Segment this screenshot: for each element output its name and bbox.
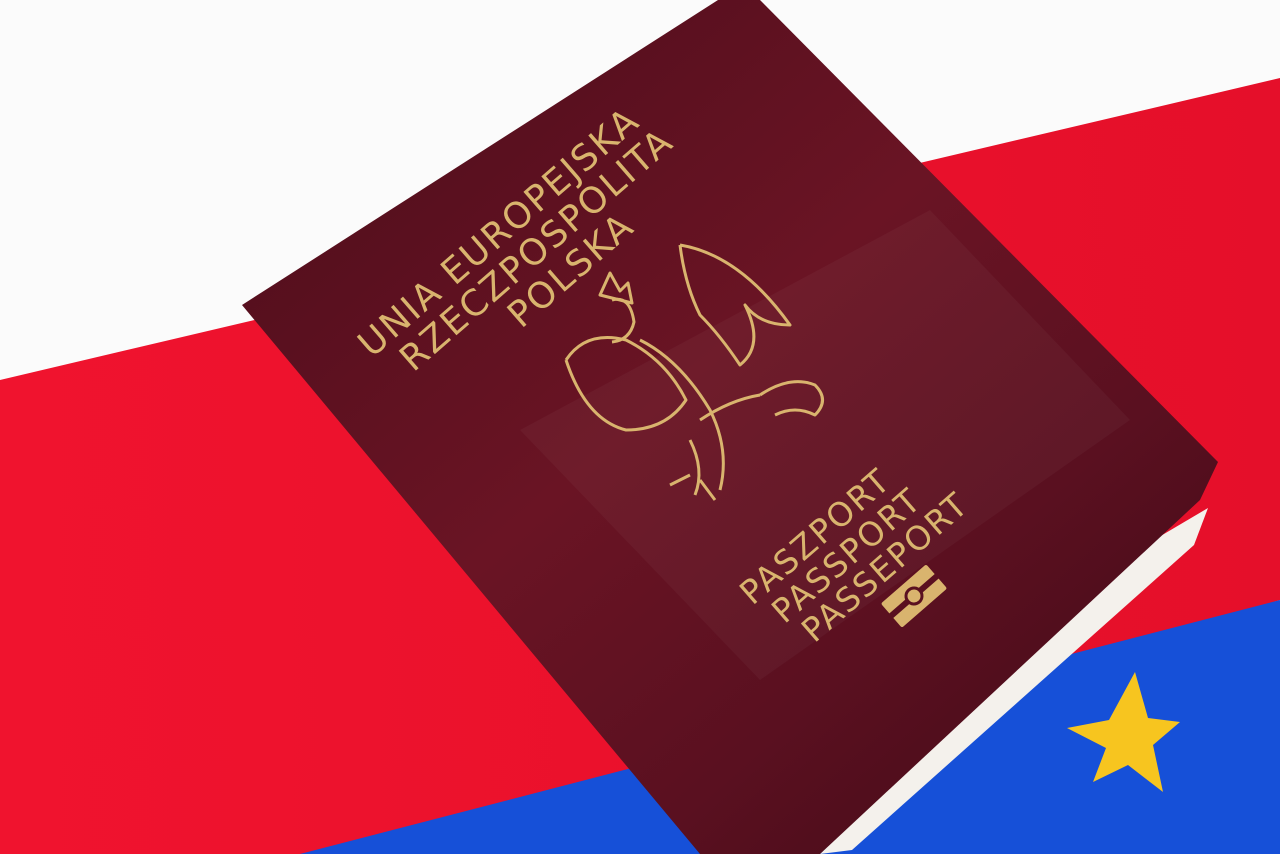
- photo-scene: UNIA EUROPEJSKA RZECZPOSPOLITA POLSKA PA…: [0, 0, 1280, 854]
